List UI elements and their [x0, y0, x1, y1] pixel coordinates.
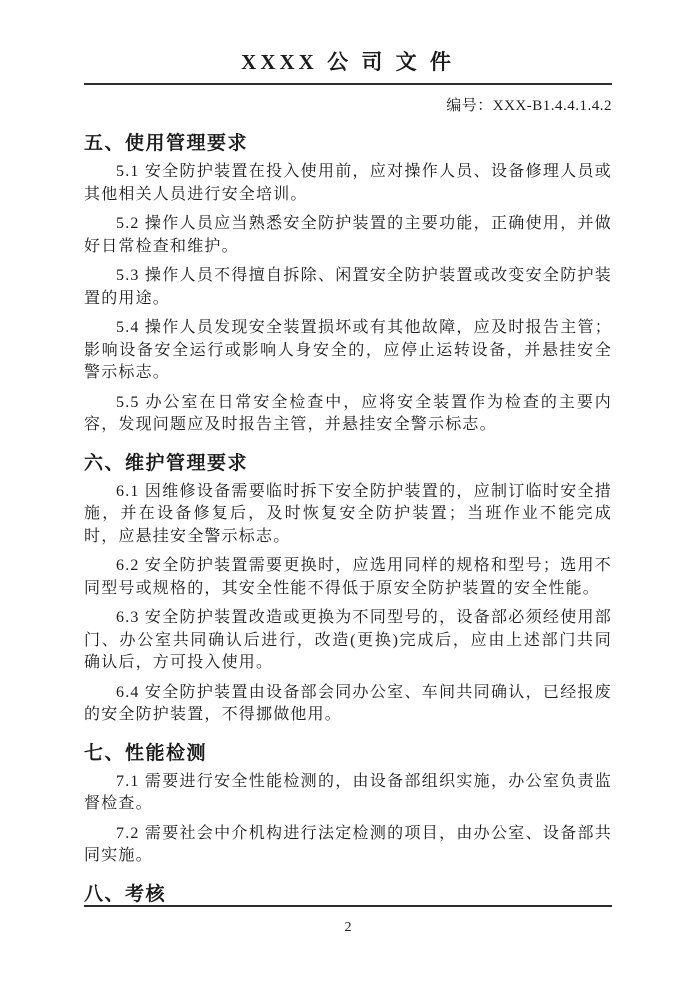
document-footer: 2	[84, 905, 612, 936]
paragraph-6-1: 6.1 因维修设备需要临时拆下安全防护装置的，应制订临时安全措施，并在设备修复后…	[84, 481, 612, 549]
footer-divider-line	[84, 905, 612, 907]
paragraph-5-5: 5.5 办公室在日常安全检查中，应将安全装置作为检查的主要内容，发现问题应及时报…	[84, 392, 612, 437]
document-number: 编号：XXX-B1.4.4.1.4.2	[84, 94, 612, 115]
company-document-title: XXXX 公 司 文 件	[84, 46, 612, 76]
section-heading-assessment: 八、考核	[84, 879, 612, 906]
section-heading-maintenance-management: 六、维护管理要求	[84, 448, 612, 475]
section-heading-performance-testing: 七、性能检测	[84, 738, 612, 765]
paragraph-5-1: 5.1 安全防护装置在投入使用前，应对操作人员、设备修理人员或其他相关人员进行安…	[84, 161, 612, 206]
paragraph-5-3: 5.3 操作人员不得擅自拆除、闲置安全防护装置或改变安全防护装置的用途。	[84, 265, 612, 310]
paragraph-5-2: 5.2 操作人员应当熟悉安全防护装置的主要功能，正确使用，并做好日常检查和维护。	[84, 213, 612, 258]
section-heading-usage-management: 五、使用管理要求	[84, 128, 612, 155]
paragraph-6-4: 6.4 安全防护装置由设备部会同办公室、车间共同确认，已经报废的安全防护装置，不…	[84, 682, 612, 727]
document-header: XXXX 公 司 文 件 编号：XXX-B1.4.4.1.4.2	[0, 0, 700, 115]
paragraph-6-2: 6.2 安全防护装置需要更换时，应选用同样的规格和型号；选用不同型号或规格的，其…	[84, 555, 612, 600]
header-divider-line	[84, 83, 612, 85]
paragraph-7-2: 7.2 需要社会中介机构进行法定检测的项目，由办公室、设备部共同实施。	[84, 823, 612, 868]
paragraph-6-3: 6.3 安全防护装置改造或更换为不同型号的，设备部必须经使用部门、办公室共同确认…	[84, 607, 612, 675]
paragraph-5-4: 5.4 操作人员发现安全装置损坏或有其他故障，应及时报告主管；影响设备安全运行或…	[84, 317, 612, 385]
document-body: 五、使用管理要求 5.1 安全防护装置在投入使用前，应对操作人员、设备修理人员或…	[0, 115, 700, 906]
paragraph-7-1: 7.1 需要进行安全性能检测的，由设备部组织实施，办公室负责监督检查。	[84, 771, 612, 816]
document-page: XXXX 公 司 文 件 编号：XXX-B1.4.4.1.4.2 五、使用管理要…	[0, 0, 700, 990]
page-number: 2	[84, 920, 612, 936]
